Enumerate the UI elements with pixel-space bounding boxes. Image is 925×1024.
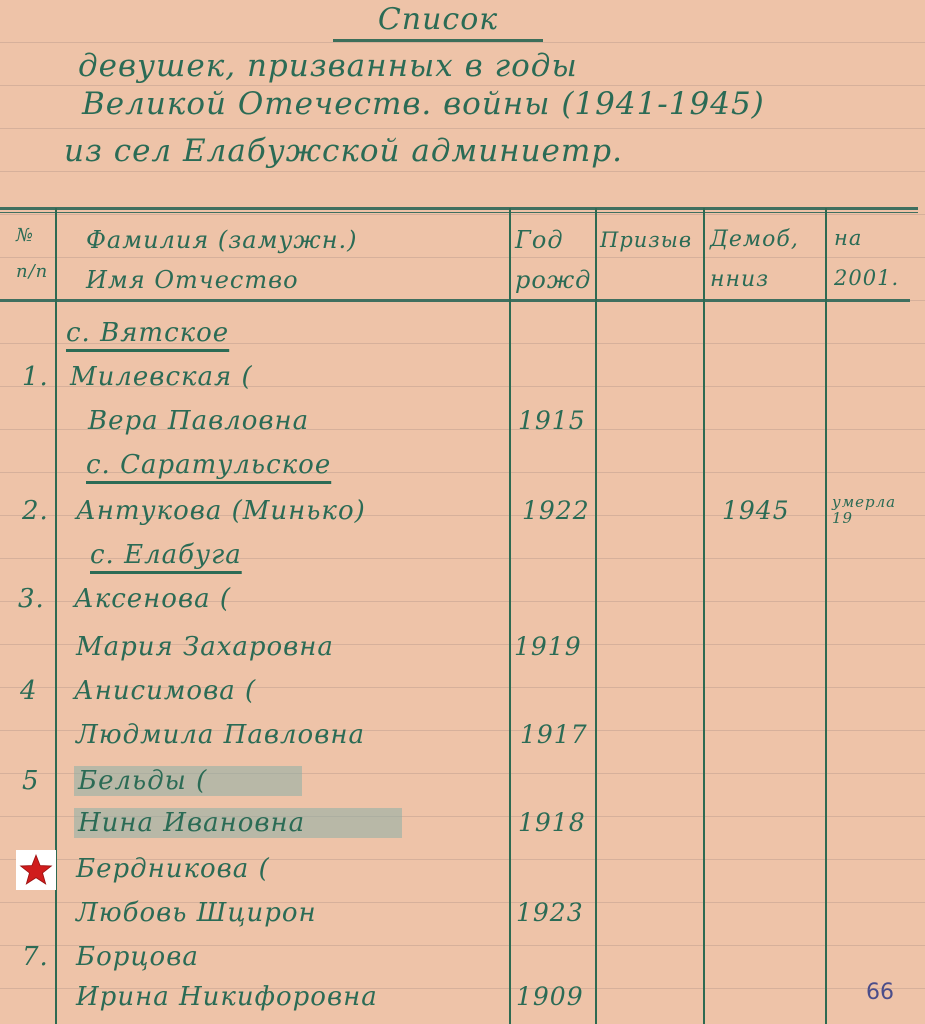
row-birth-year: 1919 — [514, 632, 582, 661]
row-number: 3. — [18, 584, 45, 614]
row-number: 4 — [20, 676, 38, 706]
column-divider-drafted — [703, 208, 705, 1024]
row-number: 7. — [22, 942, 49, 972]
subtitle-line-3: из сел Елабужской админиетр. — [64, 133, 623, 169]
page-number: 66 — [866, 980, 894, 1005]
row-given-name: Мария Захаровна — [76, 632, 334, 662]
header-2001-line-2: 2001. — [834, 258, 899, 298]
village-heading: с. Вятское — [66, 318, 229, 348]
row-number: 1. — [22, 362, 49, 392]
table-top-rule-2 — [0, 212, 918, 213]
row-demobilized: 1945 — [722, 496, 790, 525]
row-given-name: Людмила Павловна — [76, 720, 365, 750]
header-drafted-line-1: Призыв — [600, 220, 692, 260]
row-birth-year: 1909 — [516, 982, 584, 1011]
red-star-icon-svg — [19, 853, 53, 887]
header-name-line-2: Имя Отчество — [86, 260, 358, 300]
column-divider-num — [55, 208, 57, 1024]
row-surname-highlighted: Бельды ( — [74, 766, 302, 796]
header-as-of-2001: на 2001. — [834, 218, 899, 298]
row-surname: Антукова (Минько) — [76, 496, 366, 526]
row-number: 2. — [22, 496, 49, 526]
row-given-name: Ирина Никифоровна — [76, 982, 378, 1012]
subtitle-line-2: Великой Отечеств. войны (1941-1945) — [82, 86, 765, 122]
document-title: Список — [333, 2, 543, 42]
header-name: Фамилия (замужн.) Имя Отчество — [86, 220, 358, 300]
header-demob-line-1: Демоб, — [710, 220, 799, 260]
row-given-name-highlighted: Нина Ивановна — [74, 808, 402, 838]
header-num-line-2: п/п — [16, 254, 48, 290]
row-surname: Милевская ( — [70, 362, 253, 392]
table-top-rule — [0, 207, 918, 210]
column-divider-year — [595, 208, 597, 1024]
column-divider-demob — [825, 208, 827, 1024]
row-birth-year: 1923 — [516, 898, 584, 927]
header-demobilized: Демоб, нниз — [710, 220, 799, 300]
header-drafted: Призыв — [600, 220, 692, 260]
red-star-icon — [16, 850, 56, 890]
row-birth-year: 1915 — [518, 406, 586, 435]
header-num: № п/п — [16, 218, 48, 290]
village-heading: с. Елабуга — [90, 540, 242, 570]
row-surname: Аксенова ( — [74, 584, 231, 614]
row-birth-year: 1917 — [520, 720, 588, 749]
header-birth-year: Год рожд — [515, 220, 591, 300]
row-surname: Анисимова ( — [74, 676, 256, 706]
row-birth-year: 1922 — [522, 496, 590, 525]
header-2001-line-1: на — [834, 218, 899, 258]
subtitle-line-1: девушек, призванных в годы — [78, 48, 578, 84]
header-num-line-1: № — [16, 218, 48, 254]
row-as-of-2001: умерла 19 — [832, 494, 912, 526]
row-given-name: Любовь Шцирон — [76, 898, 317, 928]
row-given-name: Вера Павловна — [88, 406, 309, 436]
header-demob-line-2: нниз — [710, 260, 799, 300]
row-surname: Бердникова ( — [76, 854, 270, 884]
row-birth-year: 1918 — [518, 808, 586, 837]
header-birth-year-line-1: Год — [515, 220, 591, 260]
row-surname: Борцова — [76, 942, 199, 972]
header-name-line-1: Фамилия (замужн.) — [86, 220, 358, 260]
village-heading: с. Саратульское — [86, 450, 331, 480]
row-number: 5 — [22, 766, 40, 796]
header-birth-year-line-2: рожд — [515, 260, 591, 300]
column-divider-name — [509, 208, 511, 1024]
